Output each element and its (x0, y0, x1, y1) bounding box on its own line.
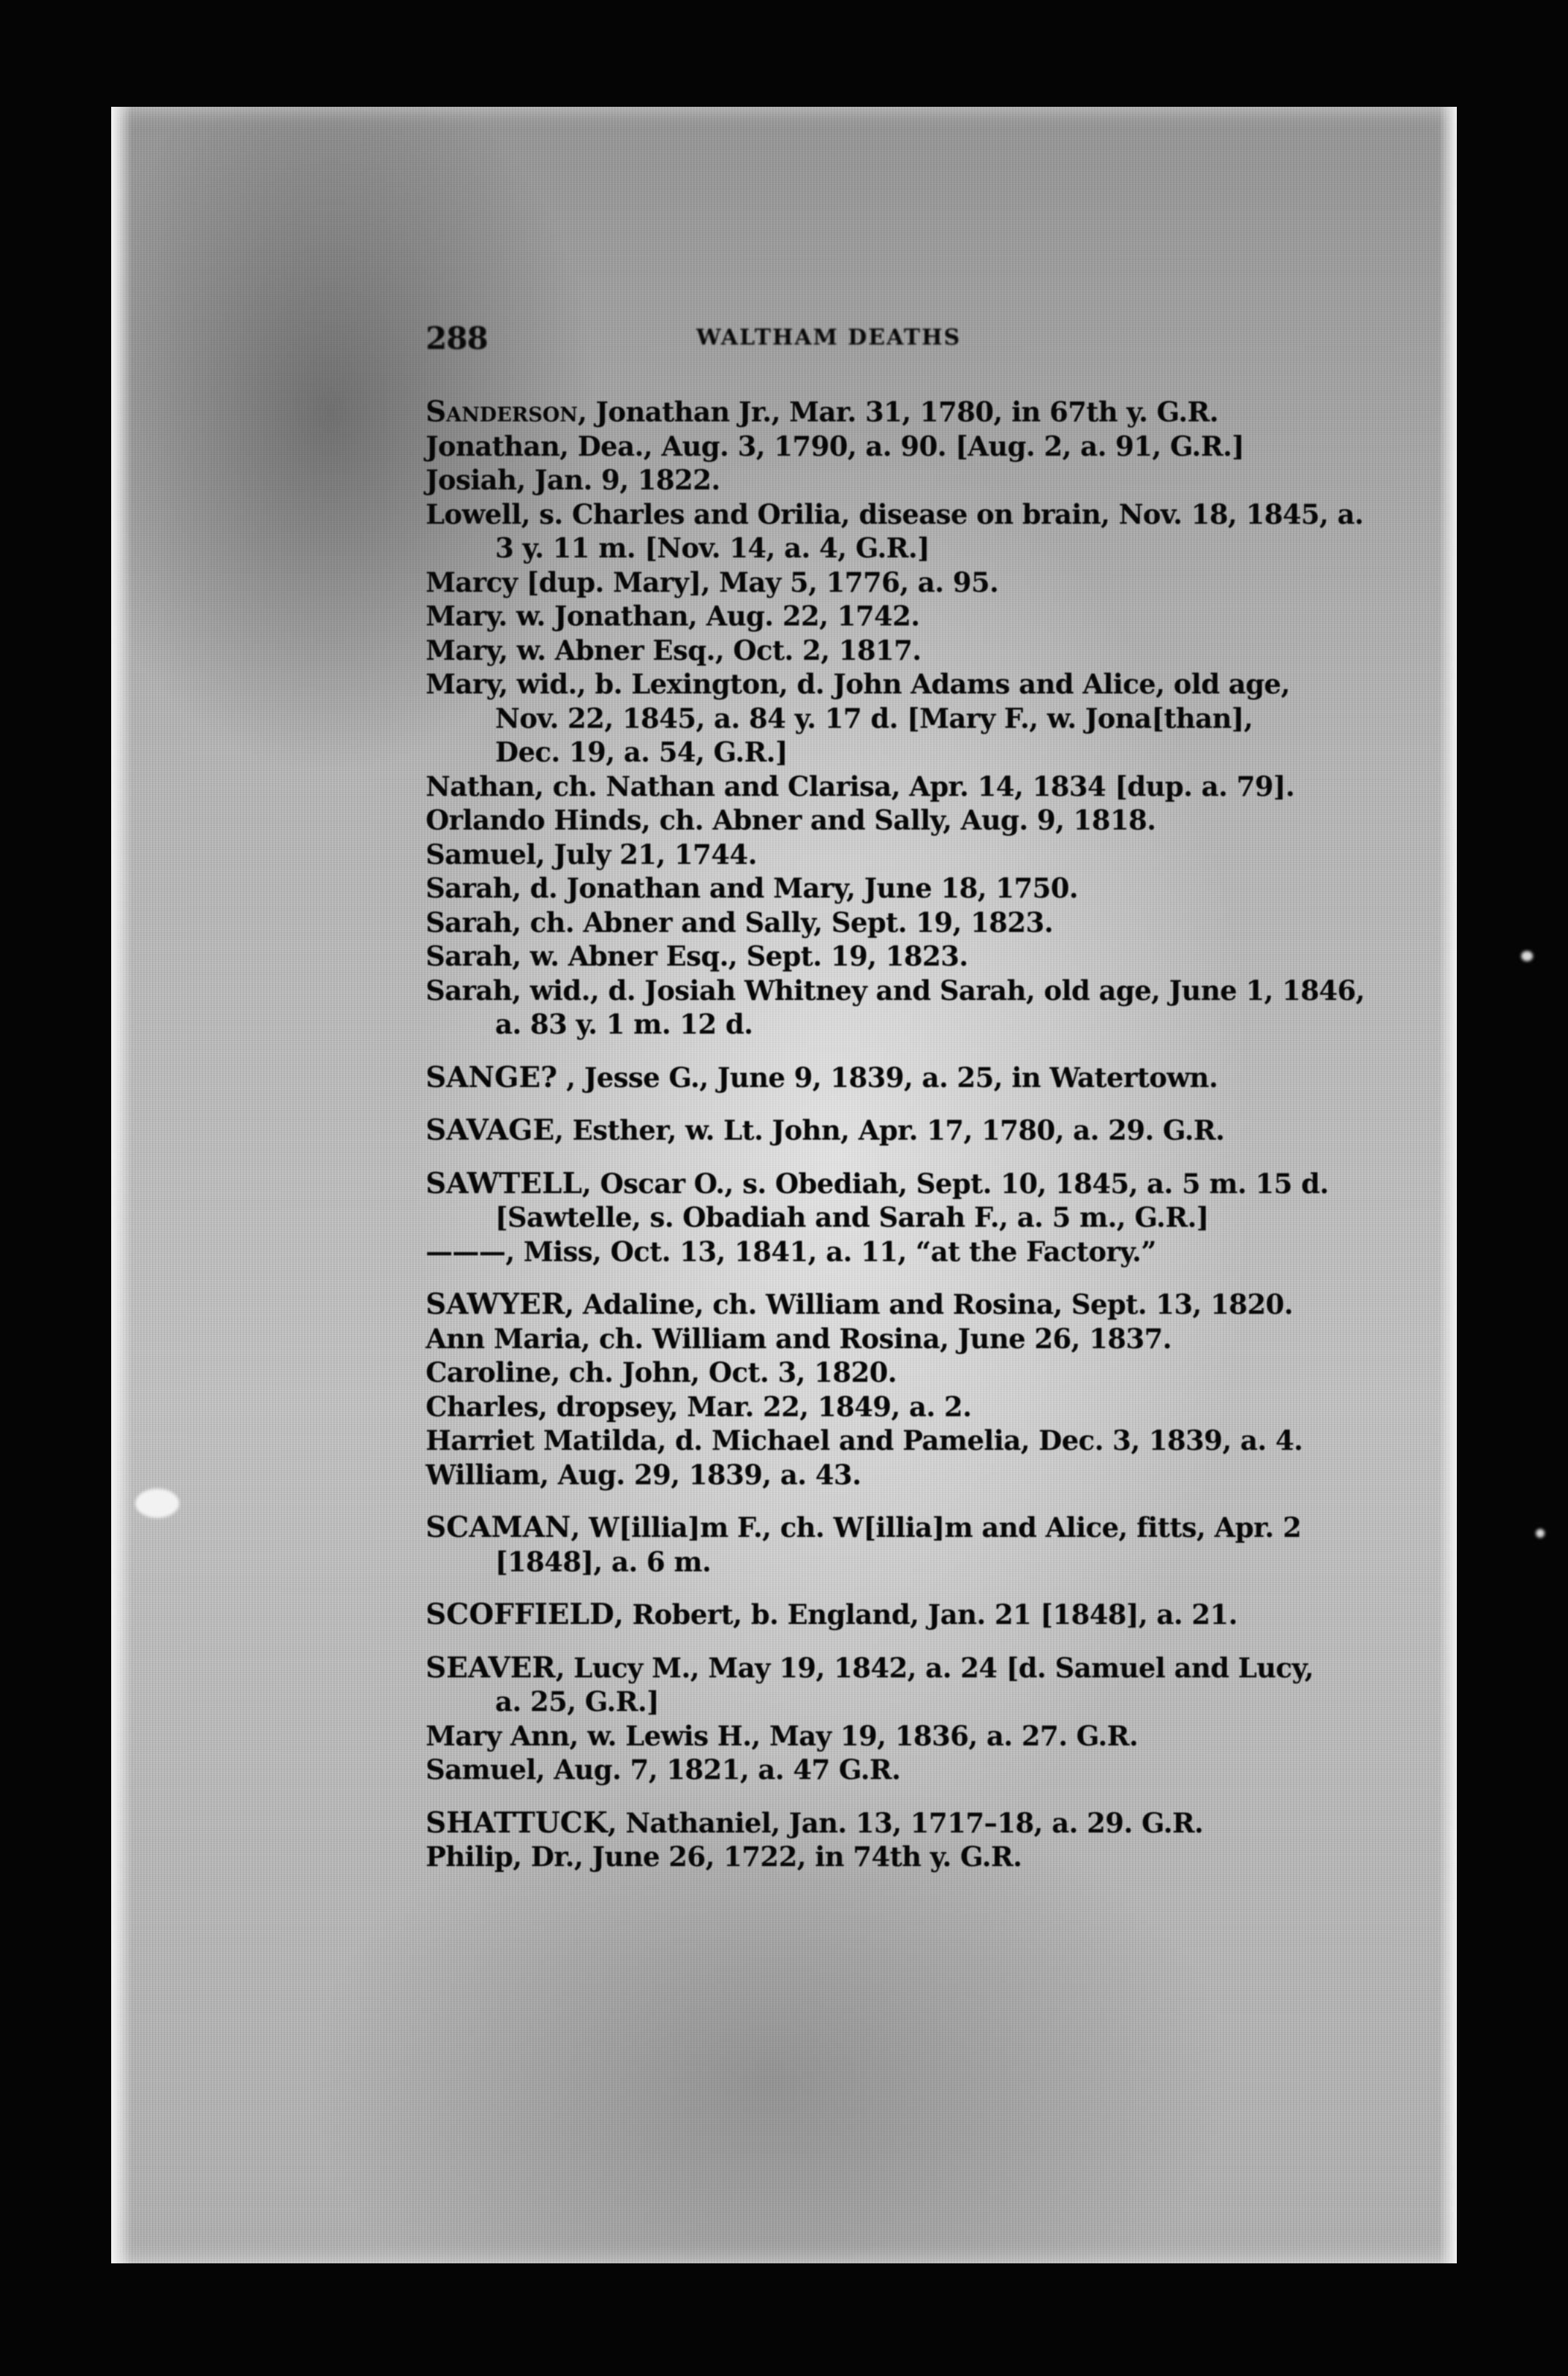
record-entry: Caroline, ch. John, Oct. 3, 1820. (426, 1356, 1384, 1390)
record-text: Jonathan, Dea., Aug. 3, 1790, a. 90. [Au… (426, 430, 1244, 462)
record-text: Sarah, ch. Abner and Sally, Sept. 19, 18… (426, 906, 1053, 939)
record-text: Mary Ann, w. Lewis H., May 19, 1836, a. … (426, 1720, 1138, 1752)
surname-heading: Sanderson (426, 395, 578, 429)
record-text: , Jonathan Jr., Mar. 31, 1780, in 67th y… (578, 396, 1218, 428)
surname-group: SEAVER, Lucy M., May 19, 1842, a. 24 [d.… (426, 1651, 1384, 1787)
running-head: 288 WALTHAM DEATHS (426, 320, 1069, 357)
record-entry: SAWTELL, Oscar O., s. Obediah, Sept. 10,… (426, 1167, 1384, 1235)
record-continuation: 3 y. 11 m. [Nov. 14, a. 4, G.R.] (426, 531, 1384, 565)
record-entry: Nathan, ch. Nathan and Clarisa, Apr. 14,… (426, 770, 1384, 804)
surname-group: SCAMAN, W[illia]m F., ch. W[illia]m and … (426, 1511, 1384, 1579)
record-text: Sarah, d. Jonathan and Mary, June 18, 17… (426, 872, 1078, 904)
record-entry: SHATTUCK, Nathaniel, Jan. 13, 1717–18, a… (426, 1806, 1384, 1841)
surname-group: SANGE? , Jesse G., June 9, 1839, a. 25, … (426, 1061, 1384, 1095)
record-entry: Josiah, Jan. 9, 1822. (426, 463, 1384, 497)
surname-heading: SAWTELL (426, 1167, 582, 1200)
record-text: Samuel, July 21, 1744. (426, 838, 757, 871)
record-text: Orlando Hinds, ch. Abner and Sally, Aug.… (426, 804, 1156, 836)
record-entry: Mary, wid., b. Lexington, d. John Adams … (426, 667, 1384, 770)
surname-heading: SCOFFIELD (426, 1598, 614, 1631)
record-entry: SAWYER, Adaline, ch. William and Rosina,… (426, 1287, 1384, 1322)
record-entry: William, Aug. 29, 1839, a. 43. (426, 1458, 1384, 1492)
record-text: Josiah, Jan. 9, 1822. (426, 464, 720, 496)
record-text: Harriet Matilda, d. Michael and Pamelia,… (426, 1424, 1303, 1456)
record-text: , Lucy M., May 19, 1842, a. 24 [d. Samue… (556, 1652, 1313, 1684)
record-text: , Jesse G., June 9, 1839, a. 25, in Wate… (557, 1061, 1218, 1094)
surname-heading: SHATTUCK (426, 1806, 608, 1840)
record-text: William, Aug. 29, 1839, a. 43. (426, 1459, 861, 1491)
record-entry: Sarah, d. Jonathan and Mary, June 18, 17… (426, 871, 1384, 906)
record-text: Sarah, wid., d. Josiah Whitney and Sarah… (426, 974, 1365, 1007)
record-entry: Mary, w. Abner Esq., Oct. 2, 1817. (426, 634, 1384, 668)
record-text: Samuel, Aug. 7, 1821, a. 47 G.R. (426, 1753, 900, 1786)
record-entry: Charles, dropsey, Mar. 22, 1849, a. 2. (426, 1390, 1384, 1424)
record-entry: Mary. w. Jonathan, Aug. 22, 1742. (426, 599, 1384, 634)
scan-speck (1521, 951, 1533, 961)
record-continuation: [Sawtelle, s. Obadiah and Sarah F., a. 5… (426, 1200, 1384, 1235)
death-records-list: Sanderson, Jonathan Jr., Mar. 31, 1780, … (426, 395, 1384, 1893)
record-entry: Sarah, wid., d. Josiah Whitney and Sarah… (426, 974, 1384, 1042)
record-entry: Mary Ann, w. Lewis H., May 19, 1836, a. … (426, 1719, 1384, 1753)
record-entry: SCOFFIELD, Robert, b. England, Jan. 21 [… (426, 1598, 1384, 1632)
record-continuation: a. 25, G.R.] (426, 1685, 1384, 1719)
record-text: Nathan, ch. Nathan and Clarisa, Apr. 14,… (426, 770, 1294, 802)
surname-group: SHATTUCK, Nathaniel, Jan. 13, 1717–18, a… (426, 1806, 1384, 1874)
record-continuation: Nov. 22, 1845, a. 84 y. 17 d. [Mary F., … (426, 702, 1384, 736)
record-entry: Sanderson, Jonathan Jr., Mar. 31, 1780, … (426, 395, 1384, 429)
record-entry: SCAMAN, W[illia]m F., ch. W[illia]m and … (426, 1511, 1384, 1579)
record-entry: SAVAGE, Esther, w. Lt. John, Apr. 17, 17… (426, 1113, 1384, 1148)
record-entry: SEAVER, Lucy M., May 19, 1842, a. 24 [d.… (426, 1651, 1384, 1719)
record-continuation: a. 83 y. 1 m. 12 d. (426, 1007, 1384, 1042)
surname-group: SAVAGE, Esther, w. Lt. John, Apr. 17, 17… (426, 1113, 1384, 1148)
record-entry: Harriet Matilda, d. Michael and Pamelia,… (426, 1424, 1384, 1458)
record-text: Sarah, w. Abner Esq., Sept. 19, 1823. (426, 940, 968, 972)
record-entry: Lowell, s. Charles and Orilia, disease o… (426, 497, 1384, 565)
surname-heading: SAWYER (426, 1287, 565, 1321)
record-text: , Adaline, ch. William and Rosina, Sept.… (565, 1288, 1293, 1320)
surname-group: SAWYER, Adaline, ch. William and Rosina,… (426, 1287, 1384, 1492)
surname-heading: SANGE? (426, 1061, 557, 1094)
record-continuation: Dec. 19, a. 54, G.R.] (426, 735, 1384, 770)
record-entry: Sarah, ch. Abner and Sally, Sept. 19, 18… (426, 906, 1384, 940)
record-text: , Nathaniel, Jan. 13, 1717–18, a. 29. G.… (608, 1807, 1204, 1839)
record-entry: Jonathan, Dea., Aug. 3, 1790, a. 90. [Au… (426, 429, 1384, 464)
record-entry: Philip, Dr., June 26, 1722, in 74th y. G… (426, 1840, 1384, 1874)
record-text: , W[illia]m F., ch. W[illia]m and Alice,… (571, 1511, 1302, 1544)
record-text: , Oscar O., s. Obediah, Sept. 10, 1845, … (582, 1168, 1329, 1200)
record-text: ———, Miss, Oct. 13, 1841, a. 11, “at the… (426, 1236, 1156, 1268)
record-entry: Sarah, w. Abner Esq., Sept. 19, 1823. (426, 939, 1384, 974)
record-entry: Ann Maria, ch. William and Rosina, June … (426, 1322, 1384, 1356)
surname-group: SCOFFIELD, Robert, b. England, Jan. 21 [… (426, 1598, 1384, 1632)
scan-speck (135, 1489, 179, 1518)
surname-heading: SEAVER (426, 1651, 556, 1685)
surname-group: Sanderson, Jonathan Jr., Mar. 31, 1780, … (426, 395, 1384, 1042)
record-text: , Robert, b. England, Jan. 21 [1848], a.… (614, 1598, 1237, 1631)
scan-speck (1536, 1529, 1545, 1538)
running-title: WALTHAM DEATHS (696, 325, 961, 350)
record-entry: Marcy [dup. Mary], May 5, 1776, a. 95. (426, 565, 1384, 600)
surname-heading: SAVAGE (426, 1113, 554, 1147)
record-entry: SANGE? , Jesse G., June 9, 1839, a. 25, … (426, 1061, 1384, 1095)
record-text: Mary, wid., b. Lexington, d. John Adams … (426, 668, 1290, 700)
record-text: Lowell, s. Charles and Orilia, disease o… (426, 498, 1363, 530)
record-entry: Orlando Hinds, ch. Abner and Sally, Aug.… (426, 803, 1384, 838)
page-number: 288 (426, 320, 488, 356)
record-text: , Esther, w. Lt. John, Apr. 17, 1780, a.… (554, 1114, 1224, 1146)
record-text: Mary. w. Jonathan, Aug. 22, 1742. (426, 600, 920, 632)
surname-group: SAWTELL, Oscar O., s. Obediah, Sept. 10,… (426, 1167, 1384, 1269)
surname-heading: SCAMAN (426, 1511, 571, 1544)
record-entry: Samuel, July 21, 1744. (426, 838, 1384, 872)
record-text: Caroline, ch. John, Oct. 3, 1820. (426, 1356, 897, 1388)
record-entry: ———, Miss, Oct. 13, 1841, a. 11, “at the… (426, 1235, 1384, 1269)
record-continuation: [1848], a. 6 m. (426, 1545, 1384, 1579)
record-text: Ann Maria, ch. William and Rosina, June … (426, 1323, 1172, 1355)
record-text: Philip, Dr., June 26, 1722, in 74th y. G… (426, 1841, 1022, 1873)
record-entry: Samuel, Aug. 7, 1821, a. 47 G.R. (426, 1753, 1384, 1787)
record-text: Charles, dropsey, Mar. 22, 1849, a. 2. (426, 1391, 971, 1423)
record-text: Mary, w. Abner Esq., Oct. 2, 1817. (426, 634, 921, 666)
record-text: Marcy [dup. Mary], May 5, 1776, a. 95. (426, 566, 998, 598)
